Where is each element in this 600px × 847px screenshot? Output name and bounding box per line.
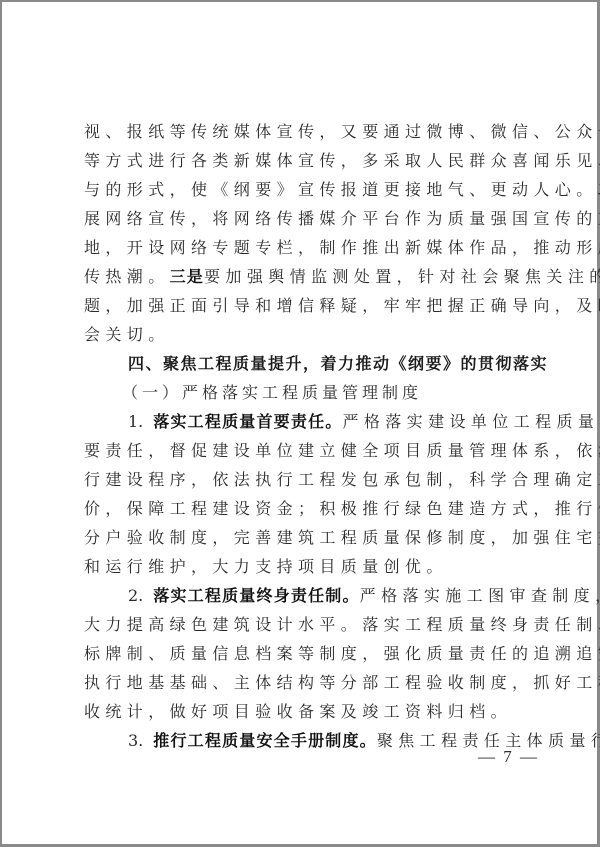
text-line: 大力提高绿色建筑设计水平。落实工程质量终身责任制、永久性 <box>84 610 526 639</box>
item-1-first-line: 1.落实工程质量首要责任。严格落实建设单位工程质量首 <box>84 407 526 436</box>
item-3-first-line: 3.推行工程质量安全手册制度。聚焦工程责任主体质量行 <box>84 726 526 755</box>
text-line: 分户验收制度，完善建筑工程质量保修制度，加强住宅交付使用 <box>84 523 526 552</box>
text-line: 标牌制、质量信息档案等制度，强化质量责任的追溯追究。严格 <box>84 639 526 668</box>
text-line: 收统计，做好项目验收备案及竣工资料归档。 <box>84 697 526 726</box>
page-number: — 7 — <box>478 747 539 767</box>
text-line: 要责任，督促建设单位建立健全项目质量管理体系，依法依规履 <box>84 436 526 465</box>
text-span: 严格落实建设单位工程质量首 <box>342 412 600 431</box>
text-span: 要加强舆情监测处置，针对社会聚焦关注的热点问 <box>204 267 600 286</box>
text-line: 视、报纸等传统媒体宣传，又要通过微博、微信、公众号、抖音 <box>84 117 526 146</box>
item-number: 1. <box>128 412 143 431</box>
text-line: 价，保障工程建设资金；积极推行绿色建造方式，推行住宅工程 <box>84 494 526 523</box>
document-page: 视、报纸等传统媒体宣传，又要通过微博、微信、公众号、抖音 等方式进行各类新媒体宣… <box>2 2 597 844</box>
item-title: 推行工程质量安全手册制度。 <box>153 731 377 750</box>
text-span: 传热潮。 <box>84 267 170 286</box>
text-span: 与的形式，使《纲要》宣传报道更接地气、更动人心。 <box>84 180 598 199</box>
text-line: 题，加强正面引导和增信释疑，牢牢把握正确导向，及时回应社 <box>84 291 526 320</box>
text-line: 展网络宣传，将网络传播媒介平台作为质量强国宣传的重要阵 <box>84 204 526 233</box>
item-number: 2. <box>128 586 143 605</box>
item-title: 落实工程质量首要责任。 <box>153 412 342 431</box>
text-line: 等方式进行各类新媒体宣传，多采取人民群众喜闻乐见、便于参 <box>84 146 526 175</box>
text-line: 地，开设网络专题专栏，制作推出新媒体作品，推动形成网络宣 <box>84 233 526 262</box>
item-2-first-line: 2.落实工程质量终身责任制。严格落实施工图审查制度， <box>84 581 526 610</box>
item-number: 3. <box>128 731 143 750</box>
document-body: 视、报纸等传统媒体宣传，又要通过微博、微信、公众号、抖音 等方式进行各类新媒体宣… <box>84 117 526 755</box>
text-line: 与的形式，使《纲要》宣传报道更接地气、更动人心。二是要开 <box>84 175 526 204</box>
item-title: 落实工程质量终身责任制。 <box>153 586 359 605</box>
text-span: 严格落实施工图审查制度， <box>360 586 600 605</box>
section-heading: 四、聚焦工程质量提升，着力推动《纲要》的贯彻落实 <box>84 349 526 378</box>
subsection-heading: （一）严格落实工程质量管理制度 <box>84 378 526 407</box>
text-line: 行建设程序，依法执行工程发包承包制，科学合理确定工期和造 <box>84 465 526 494</box>
text-line: 执行地基基础、主体结构等分部工程验收制度，抓好工程竣工验 <box>84 668 526 697</box>
bold-keyword: 三是 <box>170 267 204 286</box>
text-line: 会关切。 <box>84 320 526 349</box>
text-line: 和运行维护，大力支持项目质量创优。 <box>84 552 526 581</box>
text-line: 传热潮。三是要加强舆情监测处置，针对社会聚焦关注的热点问 <box>84 262 526 291</box>
